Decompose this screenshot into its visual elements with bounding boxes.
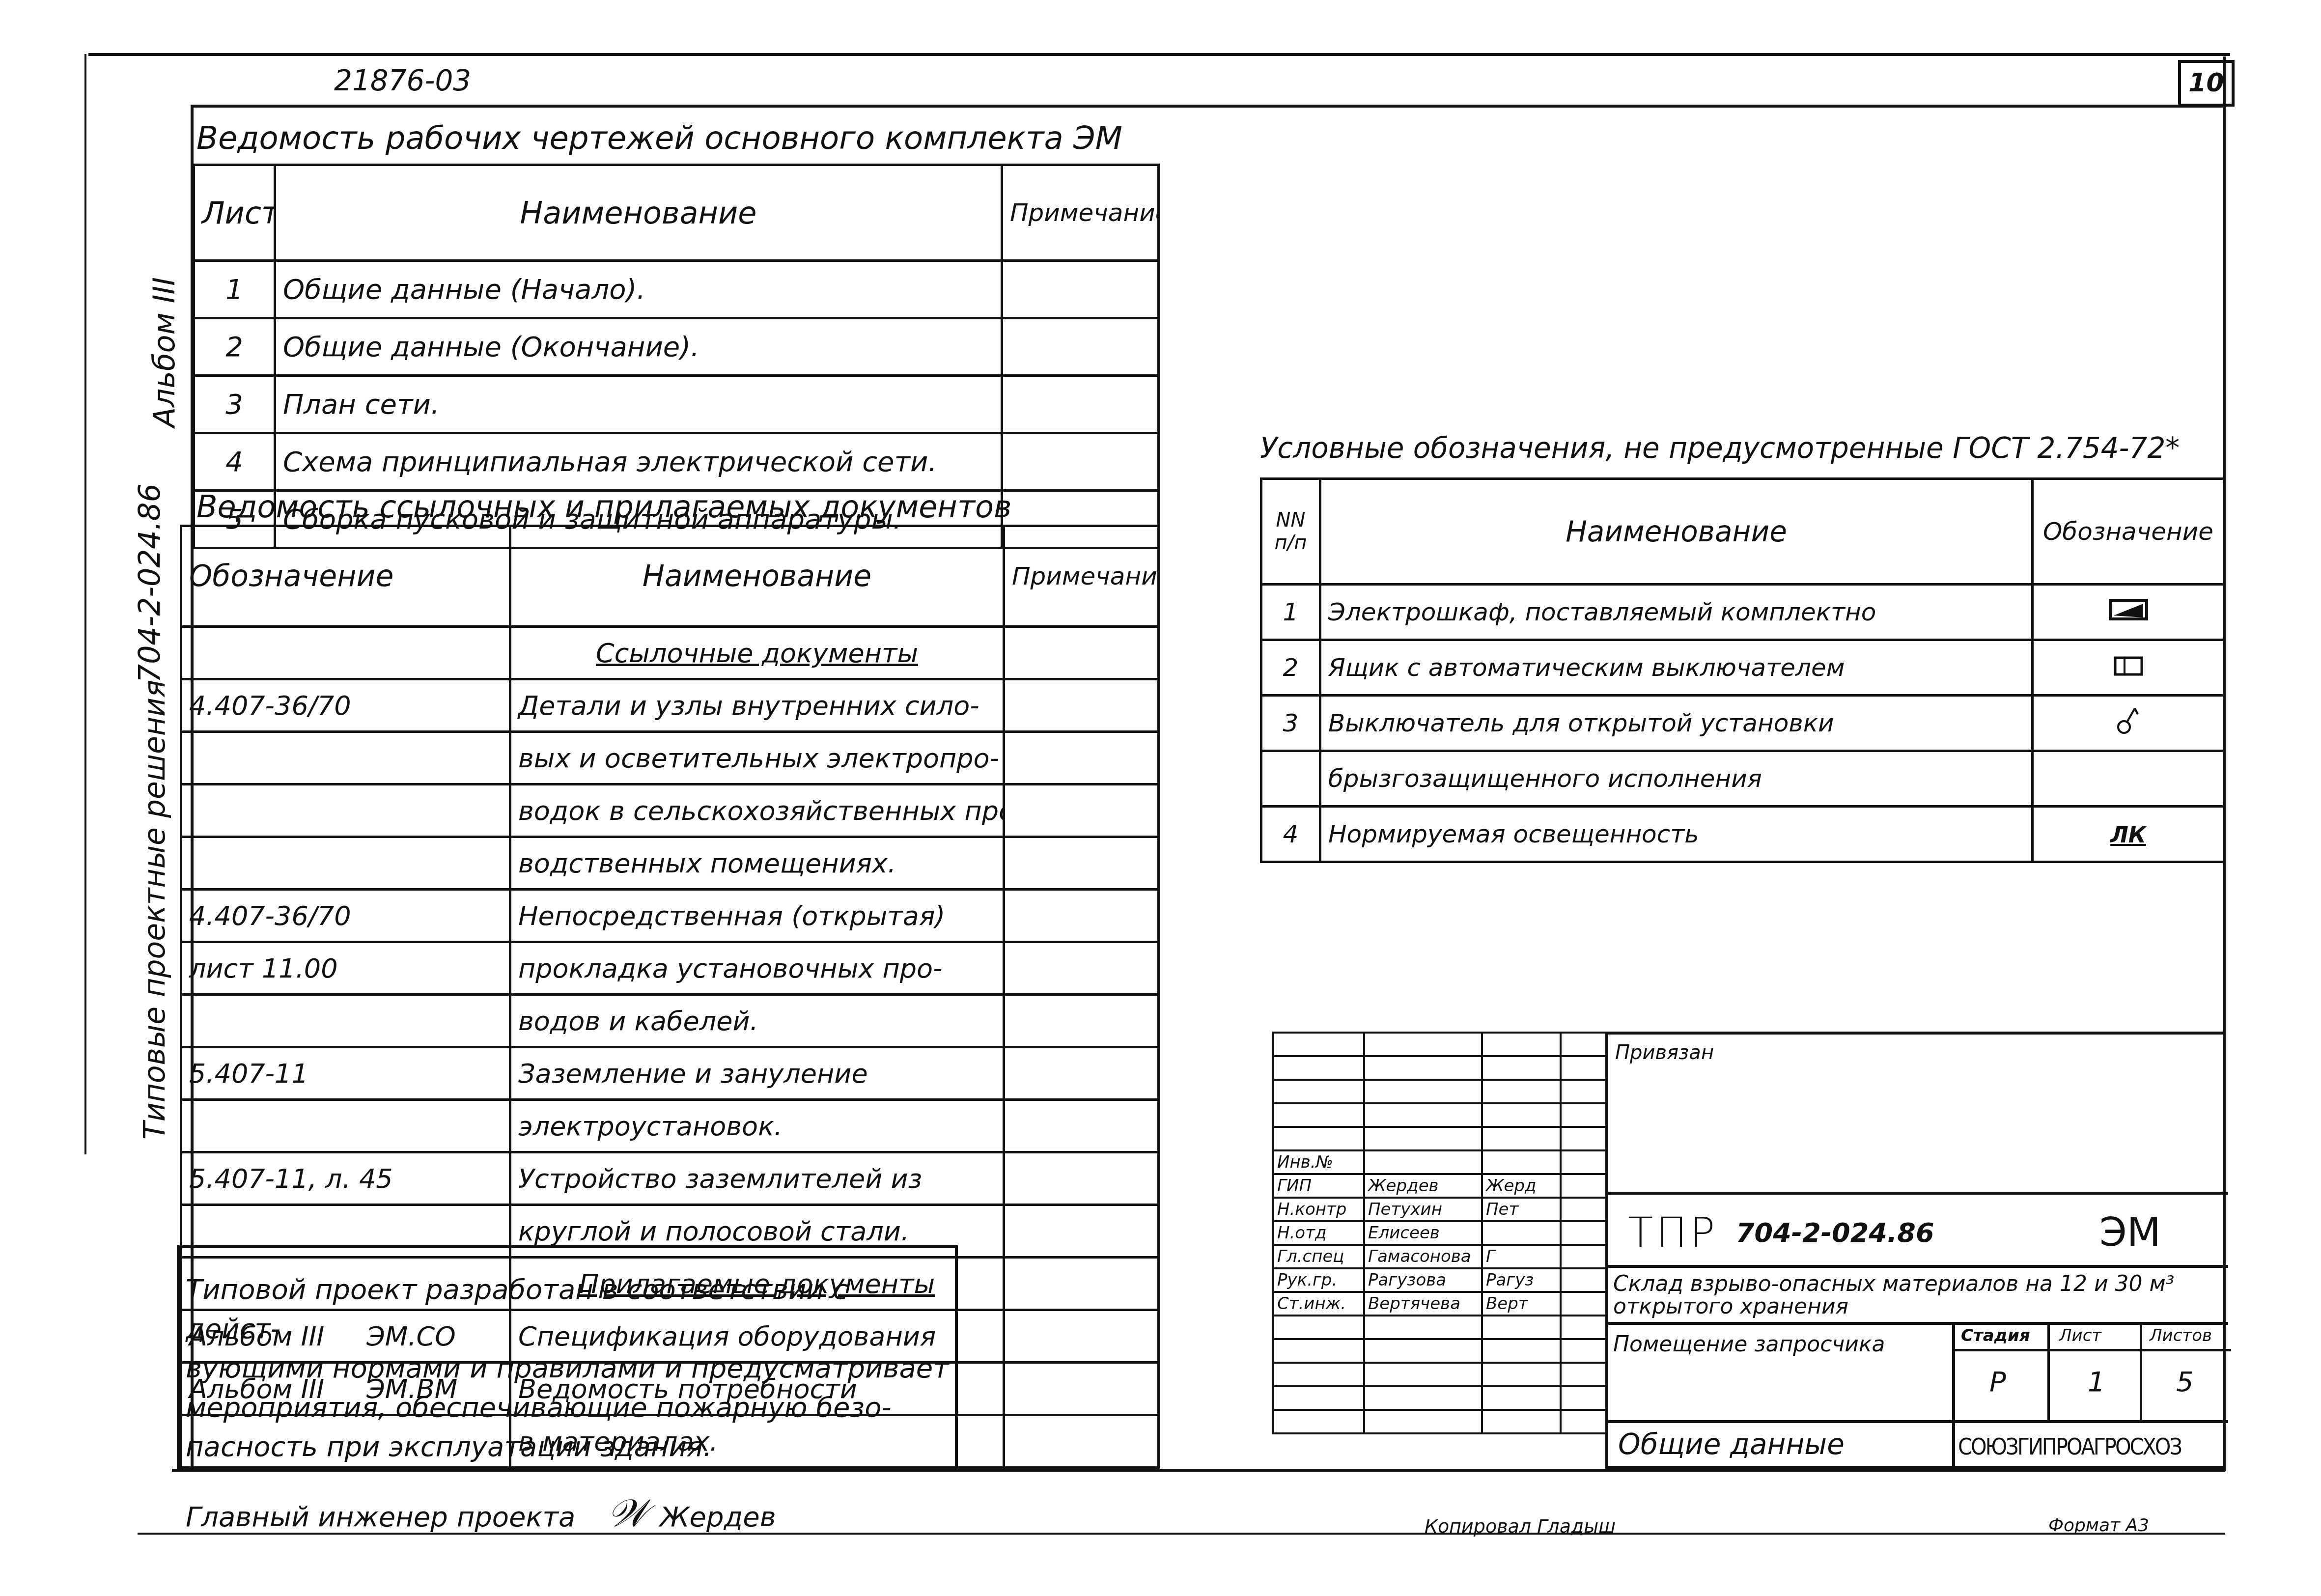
drawing-note — [1002, 318, 1159, 376]
table-row: 3 Выключатель для открытой установки — [1261, 696, 2224, 751]
legend-symbol-cell — [2033, 751, 2224, 807]
legend-name: Выключатель для открытой установки — [1320, 696, 2033, 751]
project-code-row: ТПР 704-2-024.86 ЭМ — [1608, 1192, 2228, 1268]
role-row: Ст.инж. Вертячева Верт — [1273, 1292, 1607, 1316]
role-person: Рагузова — [1364, 1268, 1482, 1292]
rev-cell — [1482, 1150, 1561, 1174]
legend-symbol-cell: ЛК — [2033, 807, 2224, 862]
org-divider — [1952, 1420, 1955, 1472]
rev-cell — [1273, 1363, 1364, 1386]
stage-grid-divider — [2140, 1322, 2142, 1420]
doc-note-cell — [1004, 627, 1159, 679]
role-row: Н.контр Петухин Пет — [1273, 1198, 1607, 1221]
col-header-name: Наименование — [275, 165, 1002, 261]
rev-cell — [1561, 1363, 1607, 1386]
rev-cell — [1561, 1033, 1607, 1056]
legend-num: 3 — [1261, 696, 1320, 751]
role-signature: Верт — [1482, 1292, 1561, 1316]
col-header-code: Обозначение — [181, 526, 510, 627]
sheet-number: 4 — [194, 433, 275, 491]
rev-cell — [1273, 1103, 1364, 1127]
role-row: Н.отд Елисеев — [1273, 1221, 1607, 1245]
note-line: пасность при эксплуатации здания. — [186, 1428, 950, 1467]
note-line: Типовой проект разработан в соответствии… — [186, 1270, 950, 1349]
rev-cell — [1364, 1339, 1482, 1363]
col-header-name: Наименование — [1320, 479, 2033, 585]
rev-cell — [1364, 1056, 1482, 1080]
legend-num: 2 — [1261, 640, 1320, 696]
rev-cell — [1482, 1316, 1561, 1339]
frame-top-line — [88, 53, 2230, 56]
role-date — [1561, 1221, 1607, 1245]
rev-cell — [1561, 1316, 1607, 1339]
table-row: 5.407-11 Заземление и зануление — [181, 1047, 1159, 1100]
frame-inner-top-line — [192, 105, 2225, 108]
col-header-note: Примечание — [1004, 526, 1159, 627]
stage-grid-divider — [1955, 1349, 2231, 1351]
rev-cell — [1273, 1410, 1364, 1433]
page-number-box: 10 — [2178, 60, 2235, 107]
page-number: 10 — [2188, 68, 2224, 98]
rev-cell — [1273, 1080, 1364, 1103]
bound-label: Привязан — [1615, 1041, 1714, 1064]
doc-note-cell — [1004, 1415, 1159, 1468]
object-name: Склад взрыво-опасных материалов на 12 и … — [1613, 1273, 2203, 1318]
rev-cell — [1273, 1386, 1364, 1410]
role-person: Елисеев — [1364, 1221, 1482, 1245]
table-row: брызгозащищенного исполнения — [1261, 751, 2224, 807]
breaker-box-icon — [2114, 656, 2143, 676]
rev-cell — [1273, 1056, 1364, 1080]
sheet-title-line1: Общие данные — [1618, 1428, 1845, 1461]
sheet-format: Формат А3 — [2048, 1515, 2149, 1536]
doc-name-cell: Непосредственная (открытая) — [510, 890, 1004, 942]
role-label: ГИП — [1273, 1174, 1364, 1198]
role-person: Вертячева — [1364, 1292, 1482, 1316]
table-row: вых и осветительных электропро- — [181, 732, 1159, 784]
doc-name-cell: электроустановок. — [510, 1100, 1004, 1152]
rev-cell — [1561, 1080, 1607, 1103]
role-row: ГИП Жердев Жерд — [1273, 1174, 1607, 1198]
inv-label: Инв.№ — [1273, 1150, 1364, 1174]
table-row: водов и кабелей. — [181, 995, 1159, 1047]
rev-cell — [1482, 1386, 1561, 1410]
table-row: 4 Схема принципиальная электрической сет… — [194, 433, 1159, 491]
rev-cell — [1273, 1316, 1364, 1339]
col-header-name: Наименование — [510, 526, 1004, 627]
rev-cell — [1482, 1033, 1561, 1056]
rev-cell — [1364, 1080, 1482, 1103]
doc-note-cell — [1004, 784, 1159, 837]
doc-note-cell — [1004, 1205, 1159, 1258]
table-row: 4 Нормируемая освещенность ЛК — [1261, 807, 2224, 862]
legend-name: брызгозащищенного исполнения — [1320, 751, 2033, 807]
doc-name-cell: водственных помещениях. — [510, 837, 1004, 890]
rev-cell — [1561, 1150, 1607, 1174]
rev-cell — [1561, 1386, 1607, 1410]
sheet-label: Лист — [2059, 1326, 2101, 1345]
doc-name-cell: прокладка установочных про- — [510, 942, 1004, 995]
legend-symbol-cell — [2033, 696, 2224, 751]
role-label: Гл.спец — [1273, 1245, 1364, 1268]
rev-cell — [1561, 1127, 1607, 1150]
table-row: 5.407-11, л. 45 Устройство заземлителей … — [181, 1152, 1159, 1205]
switch-icon — [2116, 705, 2141, 735]
drawing-note — [1002, 433, 1159, 491]
table-row: 4.407-36/70 Непосредственная (открытая) — [181, 890, 1159, 942]
table-header-row: Обозначение Наименование Примечание — [181, 526, 1159, 627]
rev-cell — [1364, 1363, 1482, 1386]
role-date — [1561, 1198, 1607, 1221]
role-label: Н.отд — [1273, 1221, 1364, 1245]
title-block-signatures: Инв.№ ГИП Жердев Жерд Н.контр Петухин Пе… — [1272, 1032, 1608, 1434]
sheets-value: 5 — [2176, 1366, 2194, 1398]
stage-value: Р — [1989, 1366, 2006, 1398]
doc-code-cell — [181, 1100, 510, 1152]
rev-cell — [1364, 1127, 1482, 1150]
drawing-note — [1002, 376, 1159, 433]
doc-note-cell — [1004, 1258, 1159, 1310]
stage-grid: Стадия Лист Листов Р 1 5 — [1952, 1322, 2228, 1420]
role-row: Рук.гр. Рагузова Рагуз — [1273, 1268, 1607, 1292]
rev-cell — [1482, 1363, 1561, 1386]
sheet-value: 1 — [2088, 1366, 2105, 1398]
sheet-number: 2 — [194, 318, 275, 376]
doc-note-cell — [1004, 1100, 1159, 1152]
legend-symbol-cell — [2033, 640, 2224, 696]
rev-cell — [1561, 1056, 1607, 1080]
drawing-note — [1002, 261, 1159, 318]
doc-note-cell — [1004, 942, 1159, 995]
col-header-note: Примечание — [1002, 165, 1159, 261]
reference-docs-title: Ведомость ссылочных и прилагаемых докуме… — [196, 489, 1011, 525]
sheet-number: 1 — [194, 261, 275, 318]
doc-code-cell: 4.407-36/70 — [181, 679, 510, 732]
legend-table: NN п/п Наименование Обозначение 1 Электр… — [1260, 477, 2225, 863]
doc-code-cell — [181, 627, 510, 679]
doc-name-cell: водок в сельскохозяйственных произ — [510, 784, 1004, 837]
doc-code-cell: 5.407-11 — [181, 1047, 510, 1100]
rev-cell — [1364, 1150, 1482, 1174]
legend-num: 1 — [1261, 585, 1320, 640]
role-signature: Рагуз — [1482, 1268, 1561, 1292]
note-box: Типовой проект разработан в соответствии… — [177, 1245, 958, 1469]
copied-by: Копировал Гладыш — [1425, 1515, 1616, 1537]
section-row: Ссылочные документы — [181, 627, 1159, 679]
doc-note-cell — [1004, 1310, 1159, 1363]
doc-code-cell — [181, 837, 510, 890]
rev-cell — [1482, 1339, 1561, 1363]
title-block-main: Привязан ТПР 704-2-024.86 ЭМ Склад взрыв… — [1605, 1032, 2225, 1469]
room-label: Помещение запросчика — [1613, 1332, 1885, 1357]
table-row: 1 Электрошкаф, поставляемый комплектно — [1261, 585, 2224, 640]
doc-name-cell: Детали и узлы внутренних сило- — [510, 679, 1004, 732]
col-header-symbol: Обозначение — [2033, 479, 2224, 585]
illuminance-icon: ЛК — [2110, 823, 2146, 848]
table-row: 3 План сети. — [194, 376, 1159, 433]
role-date — [1561, 1245, 1607, 1268]
signature-label: Главный инженер проекта — [186, 1501, 575, 1533]
rev-cell — [1561, 1103, 1607, 1127]
legend-symbol-cell — [2033, 585, 2224, 640]
rev-cell — [1364, 1410, 1482, 1433]
sheets-label: Листов — [2150, 1326, 2212, 1345]
left-margin-line — [84, 54, 86, 1154]
stage-grid-divider — [2047, 1322, 2050, 1420]
mark: ЭМ — [2099, 1209, 2161, 1255]
table-row: водственных помещениях. — [181, 837, 1159, 890]
role-date — [1561, 1268, 1607, 1292]
doc-note-cell — [1004, 1363, 1159, 1415]
role-label: Рук.гр. — [1273, 1268, 1364, 1292]
role-person: Жердев — [1364, 1174, 1482, 1198]
rev-cell — [1273, 1339, 1364, 1363]
legend-name: Электрошкаф, поставляемый комплектно — [1320, 585, 2033, 640]
role-person: Гамасонова — [1364, 1245, 1482, 1268]
doc-code-cell — [181, 784, 510, 837]
doc-code-cell: 5.407-11, л. 45 — [181, 1152, 510, 1205]
note-line: мероприятия, обеспечивающие пожарную без… — [186, 1388, 950, 1428]
doc-name-cell: Устройство заземлителей из — [510, 1152, 1004, 1205]
role-signature: Жерд — [1482, 1174, 1561, 1198]
doc-note-cell — [1004, 1152, 1159, 1205]
rev-cell — [1482, 1080, 1561, 1103]
legend-name: Нормируемая освещенность — [1320, 807, 2033, 862]
role-label: Ст.инж. — [1273, 1292, 1364, 1316]
doc-note-cell — [1004, 732, 1159, 784]
section-heading: Ссылочные документы — [510, 627, 1004, 679]
drawing-name: Общие данные (Начало). — [275, 261, 1002, 318]
doc-note-cell — [1004, 995, 1159, 1047]
doc-name-cell: водов и кабелей. — [510, 995, 1004, 1047]
table-row: 2 Ящик с автоматическим выключателем — [1261, 640, 2224, 696]
note-line: вующими нормами и правилами и предусматр… — [186, 1349, 950, 1388]
role-date — [1561, 1174, 1607, 1198]
table-row: 4.407-36/70 Детали и узлы внутренних сил… — [181, 679, 1159, 732]
rev-cell — [1561, 1339, 1607, 1363]
margin-album: Альбом III — [147, 277, 182, 427]
rev-cell — [1364, 1386, 1482, 1410]
rev-cell — [1482, 1056, 1561, 1080]
rev-cell — [1561, 1410, 1607, 1433]
sheet-number: 3 — [194, 376, 275, 433]
col-header-sheet: Лист — [194, 165, 275, 261]
signature-scribble: 𝒲 — [607, 1491, 647, 1536]
signature-line: Главный инженер проекта 𝒲 Жердев — [186, 1491, 950, 1536]
doc-code-cell — [181, 732, 510, 784]
doc-code-cell: лист 11.00 — [181, 942, 510, 995]
table-row: 1 Общие данные (Начало). — [194, 261, 1159, 318]
legend-num — [1261, 751, 1320, 807]
rev-cell — [1273, 1033, 1364, 1056]
table-row: электроустановок. — [181, 1100, 1159, 1152]
drawing-name: План сети. — [275, 376, 1002, 433]
doc-note-cell — [1004, 890, 1159, 942]
legend-name: Ящик с автоматическим выключателем — [1320, 640, 2033, 696]
organization: СОЮЗГИПРОАГРОСХОЗ — [1958, 1433, 2181, 1460]
doc-note-cell — [1004, 837, 1159, 890]
table-header-row: Лист Наименование Примечание — [194, 165, 1159, 261]
drawing-name: Схема принципиальная электрической сети. — [275, 433, 1002, 491]
doc-name-cell: вых и осветительных электропро- — [510, 732, 1004, 784]
doc-name-cell: Заземление и зануление — [510, 1047, 1004, 1100]
drawing-name: Общие данные (Окончание). — [275, 318, 1002, 376]
col-header-num: NN п/п — [1261, 479, 1320, 585]
table-row: лист 11.00 прокладка установочных про- — [181, 942, 1159, 995]
legend-num: 4 — [1261, 807, 1320, 862]
doc-code-cell: 4.407-36/70 — [181, 890, 510, 942]
role-signature: Г — [1482, 1245, 1561, 1268]
signature-name: Жердев — [660, 1501, 776, 1533]
doc-note-cell — [1004, 679, 1159, 732]
project-code: 704-2-024.86 — [1736, 1217, 1934, 1248]
stage-label: Стадия — [1961, 1326, 2030, 1345]
legend-title: Условные обозначения, не предусмотренные… — [1260, 431, 2180, 465]
rev-cell — [1482, 1103, 1561, 1127]
rev-cell — [1364, 1033, 1482, 1056]
table-header-row: NN п/п Наименование Обозначение — [1261, 479, 2224, 585]
sheet-title-divider — [1608, 1420, 2228, 1423]
role-date — [1561, 1292, 1607, 1316]
role-signature — [1482, 1221, 1561, 1245]
role-label: Н.контр — [1273, 1198, 1364, 1221]
rev-cell — [1482, 1410, 1561, 1433]
margin-project-code: 704-2-024.86 — [133, 483, 167, 683]
role-signature: Пет — [1482, 1198, 1561, 1221]
margin-series: Типовые проектные решения — [138, 680, 172, 1140]
rev-cell — [1482, 1127, 1561, 1150]
table-row: 2 Общие данные (Окончание). — [194, 318, 1159, 376]
rev-cell — [1273, 1127, 1364, 1150]
doc-code-cell — [181, 995, 510, 1047]
role-person: Петухин — [1364, 1198, 1482, 1221]
frame-bottom-line — [172, 1469, 2225, 1472]
drawings-list-title: Ведомость рабочих чертежей основного ком… — [196, 120, 1122, 157]
project-prefix: ТПР — [1628, 1208, 1718, 1257]
electrical-cabinet-icon — [2109, 599, 2148, 620]
role-row: Гл.спец Гамасонова Г — [1273, 1245, 1607, 1268]
table-row: водок в сельскохозяйственных произ — [181, 784, 1159, 837]
doc-note-cell — [1004, 1047, 1159, 1100]
doc-code: 21876-03 — [334, 64, 471, 97]
rev-cell — [1364, 1316, 1482, 1339]
rev-cell — [1364, 1103, 1482, 1127]
